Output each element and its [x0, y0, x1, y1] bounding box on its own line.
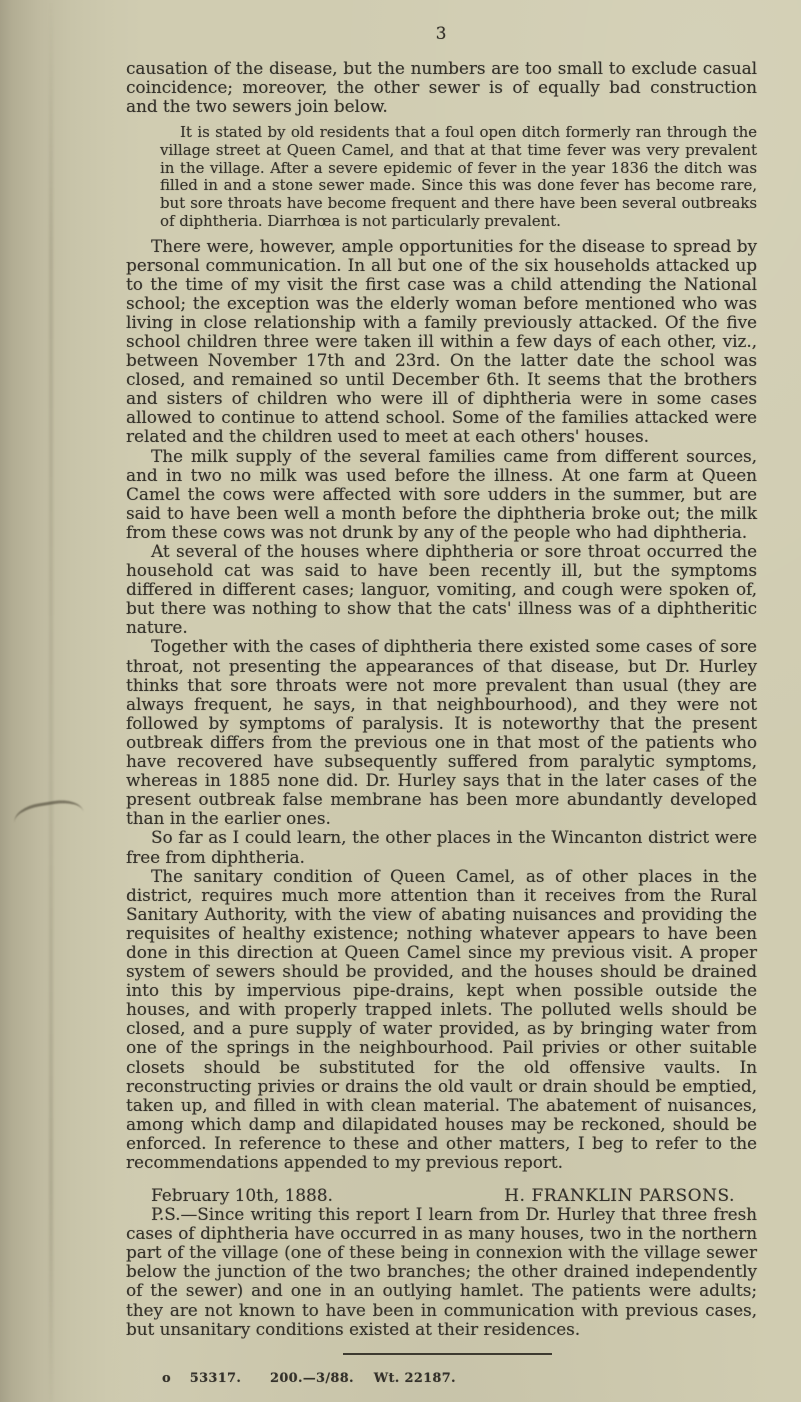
- continuation-paragraph: causation of the disease, but the number…: [126, 59, 757, 116]
- resident-note-paragraph: It is stated by old residents that a fou…: [160, 124, 757, 230]
- signature-date: February 10th, 1888.: [151, 1185, 333, 1205]
- text-column: 3 causation of the disease, but the numb…: [126, 24, 757, 1386]
- imprint-run-code: 200.—3/88.: [270, 1371, 354, 1386]
- paper-crease-mark: [12, 797, 86, 839]
- page-number: 3: [126, 24, 757, 44]
- paragraph: Together with the cases of diphtheria th…: [126, 637, 757, 828]
- imprint-wt-number: Wt. 22187.: [374, 1371, 456, 1386]
- page-gutter-crease: [49, 0, 53, 1402]
- printer-imprint: o 53317. 200.—3/88. Wt. 22187.: [162, 1371, 757, 1386]
- signature-row: February 10th, 1888. H. FRANKLIN PARSONS…: [126, 1185, 757, 1205]
- signature-name: H. FRANKLIN PARSONS.: [504, 1185, 735, 1205]
- paragraph: There were, however, ample opportunities…: [126, 237, 757, 447]
- paragraph: So far as I could learn, the other place…: [126, 828, 757, 866]
- imprint-mark: o: [162, 1371, 171, 1386]
- imprint-order-number: 53317.: [190, 1371, 241, 1386]
- scanned-page: 3 causation of the disease, but the numb…: [0, 0, 801, 1402]
- paragraph: At several of the houses where diphtheri…: [126, 542, 757, 637]
- paragraph: The milk supply of the several families …: [126, 447, 757, 542]
- footer-rule: [343, 1353, 552, 1355]
- paragraph: The sanitary condition of Queen Camel, a…: [126, 867, 757, 1173]
- postscript-paragraph: P.S.—Since writing this report I learn f…: [126, 1205, 757, 1339]
